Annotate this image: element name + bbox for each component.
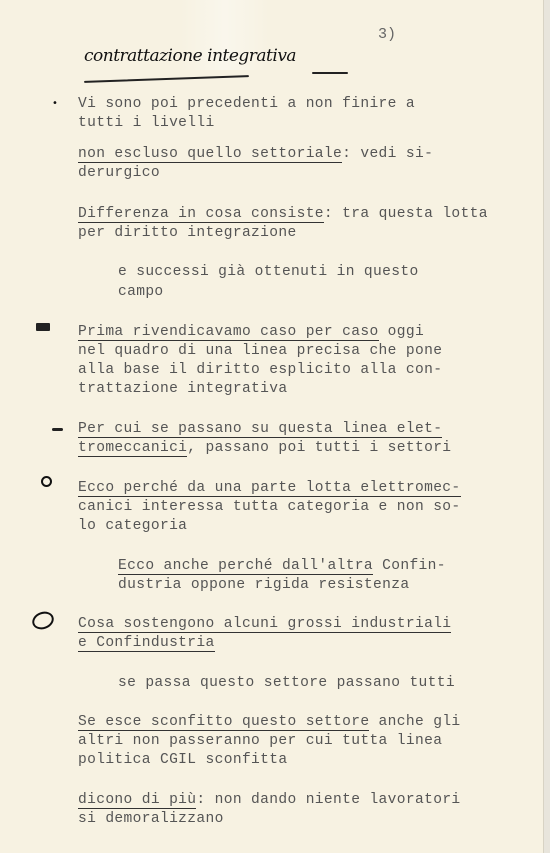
text-line: trattazione integrativa (78, 381, 287, 397)
margin-scribble-circle-mark (30, 609, 56, 632)
text-line: dustria oppone rigida resistenza (118, 577, 409, 593)
document-page: 3) contrattazione integrativa • Vi sono … (0, 0, 543, 853)
text-line: e Confindustria (78, 635, 215, 651)
text-line: Ecco perché da una parte lotta elettrome… (78, 480, 461, 496)
text-line: dicono di più: non dando niente lavorato… (78, 792, 461, 808)
text-line: politica CGIL sconfitta (78, 752, 287, 768)
text-line: Vi sono poi precedenti a non finire a (78, 96, 415, 112)
text-line: Differenza in cosa consiste: tra questa … (78, 206, 488, 222)
text-line: Se esce sconfitto questo settore anche g… (78, 714, 461, 730)
page-number: 3) (378, 26, 396, 43)
handwritten-title: contrattazione integrativa (84, 46, 296, 66)
title-underline-2 (312, 72, 348, 74)
text-line: tromeccanici, passano poi tutti i settor… (78, 440, 451, 456)
text-line: canici interessa tutta categoria e non s… (78, 499, 461, 515)
text-line: per diritto integrazione (78, 225, 297, 241)
margin-flag-mark (36, 323, 50, 331)
text-line: nel quadro di una linea precisa che pone (78, 343, 442, 359)
text-line: derurgico (78, 165, 160, 181)
text-line: si demoralizzano (78, 811, 224, 827)
text-line: Ecco anche perché dall'altra Confin- (118, 558, 446, 574)
text-line: altri non passeranno per cui tutta linea (78, 733, 442, 749)
text-line: lo categoria (78, 518, 187, 534)
text-line: e successi già ottenuti in questo (118, 264, 419, 280)
text-line: Cosa sostengono alcuni grossi industrial… (78, 616, 451, 632)
text-line: non escluso quello settoriale: vedi si- (78, 146, 433, 162)
text-line: campo (118, 284, 164, 300)
margin-dot-mark: • (52, 98, 58, 109)
margin-dash-mark (52, 428, 63, 431)
text-line: Prima rivendicavamo caso per caso oggi (78, 324, 424, 340)
page-edge (543, 0, 550, 853)
text-line: Per cui se passano su questa linea elet- (78, 421, 442, 437)
title-underline (84, 75, 249, 83)
text-line: se passa questo settore passano tutti (118, 675, 455, 691)
text-line: tutti i livelli (78, 115, 215, 131)
margin-circle-mark (41, 476, 52, 487)
text-line: alla base il diritto esplicito alla con- (78, 362, 442, 378)
